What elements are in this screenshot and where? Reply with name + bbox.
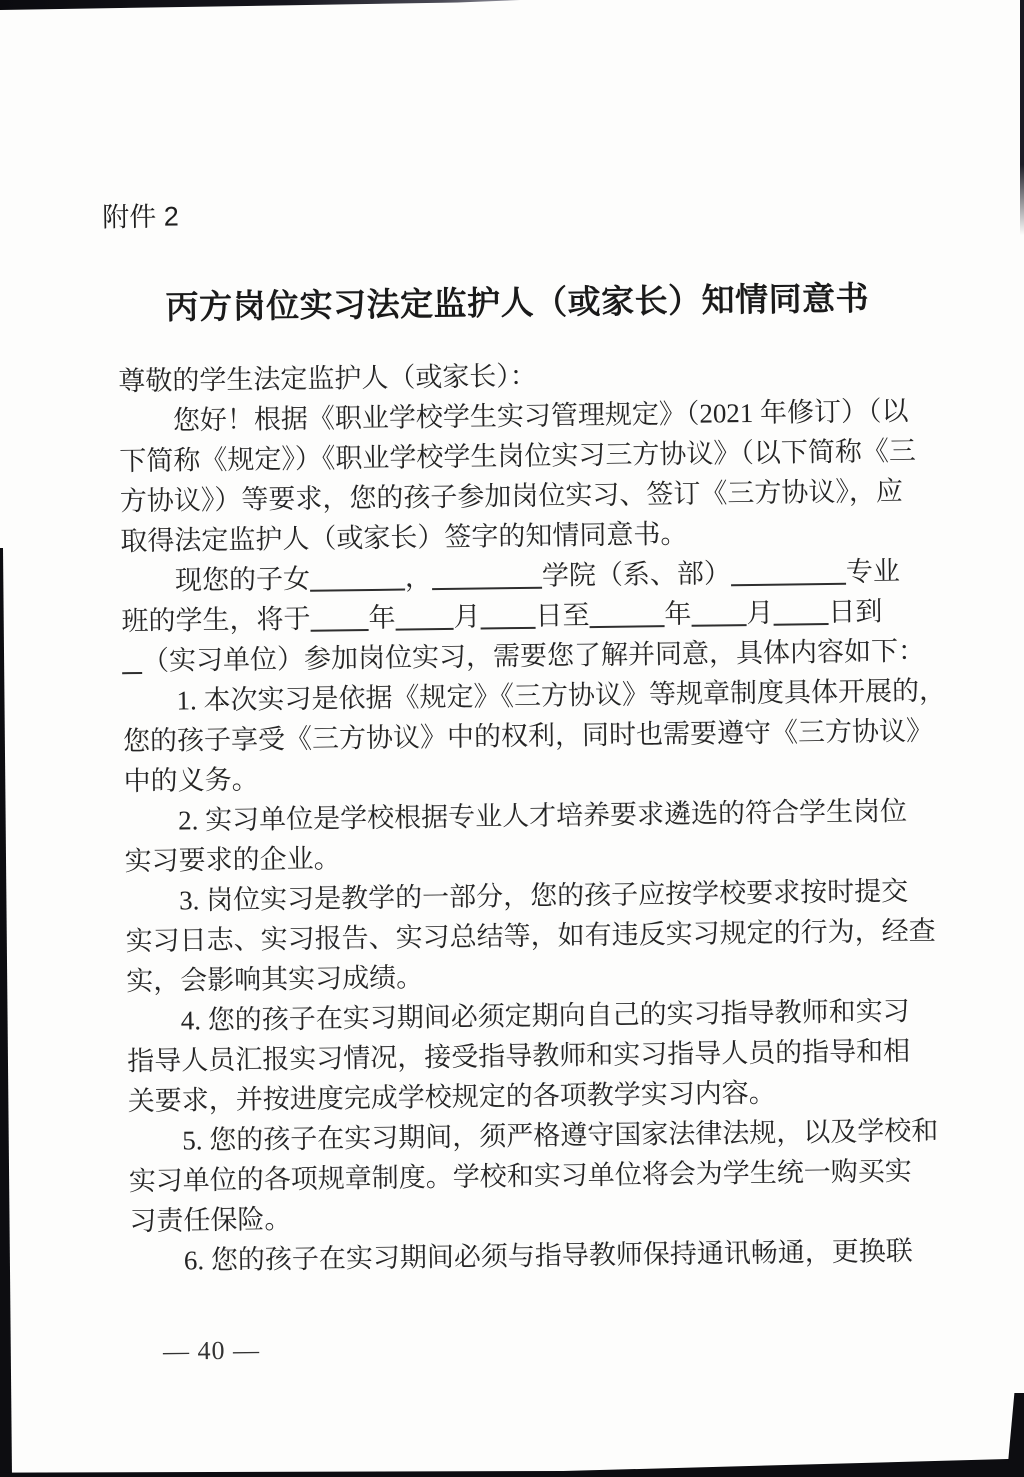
- fill-in-blank: [432, 561, 542, 590]
- fill-in-blank: [691, 598, 746, 627]
- text-segment: 月: [746, 598, 773, 628]
- scan-artifact-bottom-edge: [0, 1457, 1024, 1477]
- scan-artifact-right-edge: [1020, 0, 1024, 235]
- text-segment: 专业: [846, 556, 900, 587]
- text-segment: 日至: [535, 600, 589, 631]
- text-segment: （实习单位）参加岗位实习，需要您了解并同意，具体内容如下：: [142, 636, 925, 676]
- text-segment: 学院（系、部）: [542, 558, 731, 590]
- text-segment: 年: [368, 603, 395, 633]
- text-segment: 5. 您的孩子在实习期间，须严格遵守国家法律法规，以及学校和: [182, 1116, 938, 1156]
- document-content: 附件 2 丙方岗位实习法定监护人（或家长）知情同意书 尊敬的学生法定监护人（或家…: [116, 187, 930, 1281]
- scan-artifact-top-edge: [0, 0, 520, 10]
- text-segment: 2. 实习单位是学校根据专业人才培养要求遴选的符合学生岗位: [178, 796, 907, 836]
- fill-in-blank: [310, 603, 368, 632]
- fill-in-blank: [122, 646, 142, 674]
- text-segment: 中的义务。: [123, 764, 258, 796]
- text-segment: 6. 您的孩子在实习期间必须与指导教师保持通讯畅通，更换联: [184, 1236, 913, 1276]
- scan-artifact-left-edge: [0, 548, 12, 1477]
- text-segment: 现您的子女: [175, 564, 310, 596]
- fill-in-blank: [395, 602, 453, 631]
- text-segment: 方协议》）等要求，您的孩子参加岗位实习、签订《三方协议》，应: [120, 476, 903, 516]
- text-segment: 年: [664, 599, 691, 629]
- text-segment: 班的学生，将于: [121, 604, 310, 636]
- scan-artifact-bottom-right-corner: [1008, 1393, 1024, 1463]
- text-segment: 实，会影响其实习成绩。: [126, 962, 423, 996]
- text-segment: 指导人员汇报实习情况，接受指导教师和实习指导人员的指导和相: [127, 1036, 910, 1076]
- text-segment: 4. 您的孩子在实习期间必须定期向自己的实习指导教师和实习: [181, 996, 910, 1036]
- fill-in-blank: [773, 597, 828, 626]
- text-segment: 关要求，并按进度完成学校规定的各项教学实习内容。: [128, 1078, 776, 1116]
- scanned-document-page: 附件 2 丙方岗位实习法定监护人（或家长）知情同意书 尊敬的学生法定监护人（或家…: [0, 0, 1024, 1477]
- fill-in-blank: [480, 601, 535, 630]
- text-segment: 日到: [828, 596, 882, 627]
- text-segment: 下简称《规定》）《职业学校学生岗位实习三方协议》（以下简称《三: [119, 436, 916, 476]
- page-number: — 40 —: [163, 1335, 260, 1366]
- text-segment: 取得法定监护人（或家长）签字的知情同意书。: [120, 519, 687, 556]
- fill-in-blank: [731, 557, 846, 587]
- text-segment: 实习要求的企业。: [124, 843, 340, 876]
- text-segment: 您好！根据《职业学校学生实习管理规定》（2021 年修订）（以: [173, 396, 909, 436]
- text-segment: 3. 岗位实习是教学的一部分，您的孩子应按学校要求按时提交: [179, 876, 908, 916]
- attachment-label: 附件 2: [102, 187, 916, 238]
- text-segment: 习责任保险。: [129, 1204, 291, 1236]
- text-segment: 1. 本次实习是依据《规定》《三方协议》等规章制度具体开展的，: [176, 675, 946, 715]
- document-body: 您好！根据《职业学校学生实习管理规定》（2021 年修订）（以下简称《规定》）《…: [119, 391, 930, 1281]
- text-segment: 实习单位的各项规章制度。学校和实习单位将会为学生统一购买实: [129, 1156, 912, 1196]
- document-title: 丙方岗位实习法定监护人（或家长）知情同意书: [117, 275, 918, 331]
- text-segment: 实习日志、实习报告、实习总结等，如有违反实习规定的行为，经查: [125, 916, 935, 957]
- text-segment: ，: [405, 562, 432, 592]
- text-segment: 月: [453, 602, 480, 632]
- fill-in-blank: [589, 599, 664, 628]
- text-segment: 您的孩子享受《三方协议》中的权利，同时也需要遵守《三方协议》: [123, 716, 933, 757]
- fill-in-blank: [310, 563, 405, 592]
